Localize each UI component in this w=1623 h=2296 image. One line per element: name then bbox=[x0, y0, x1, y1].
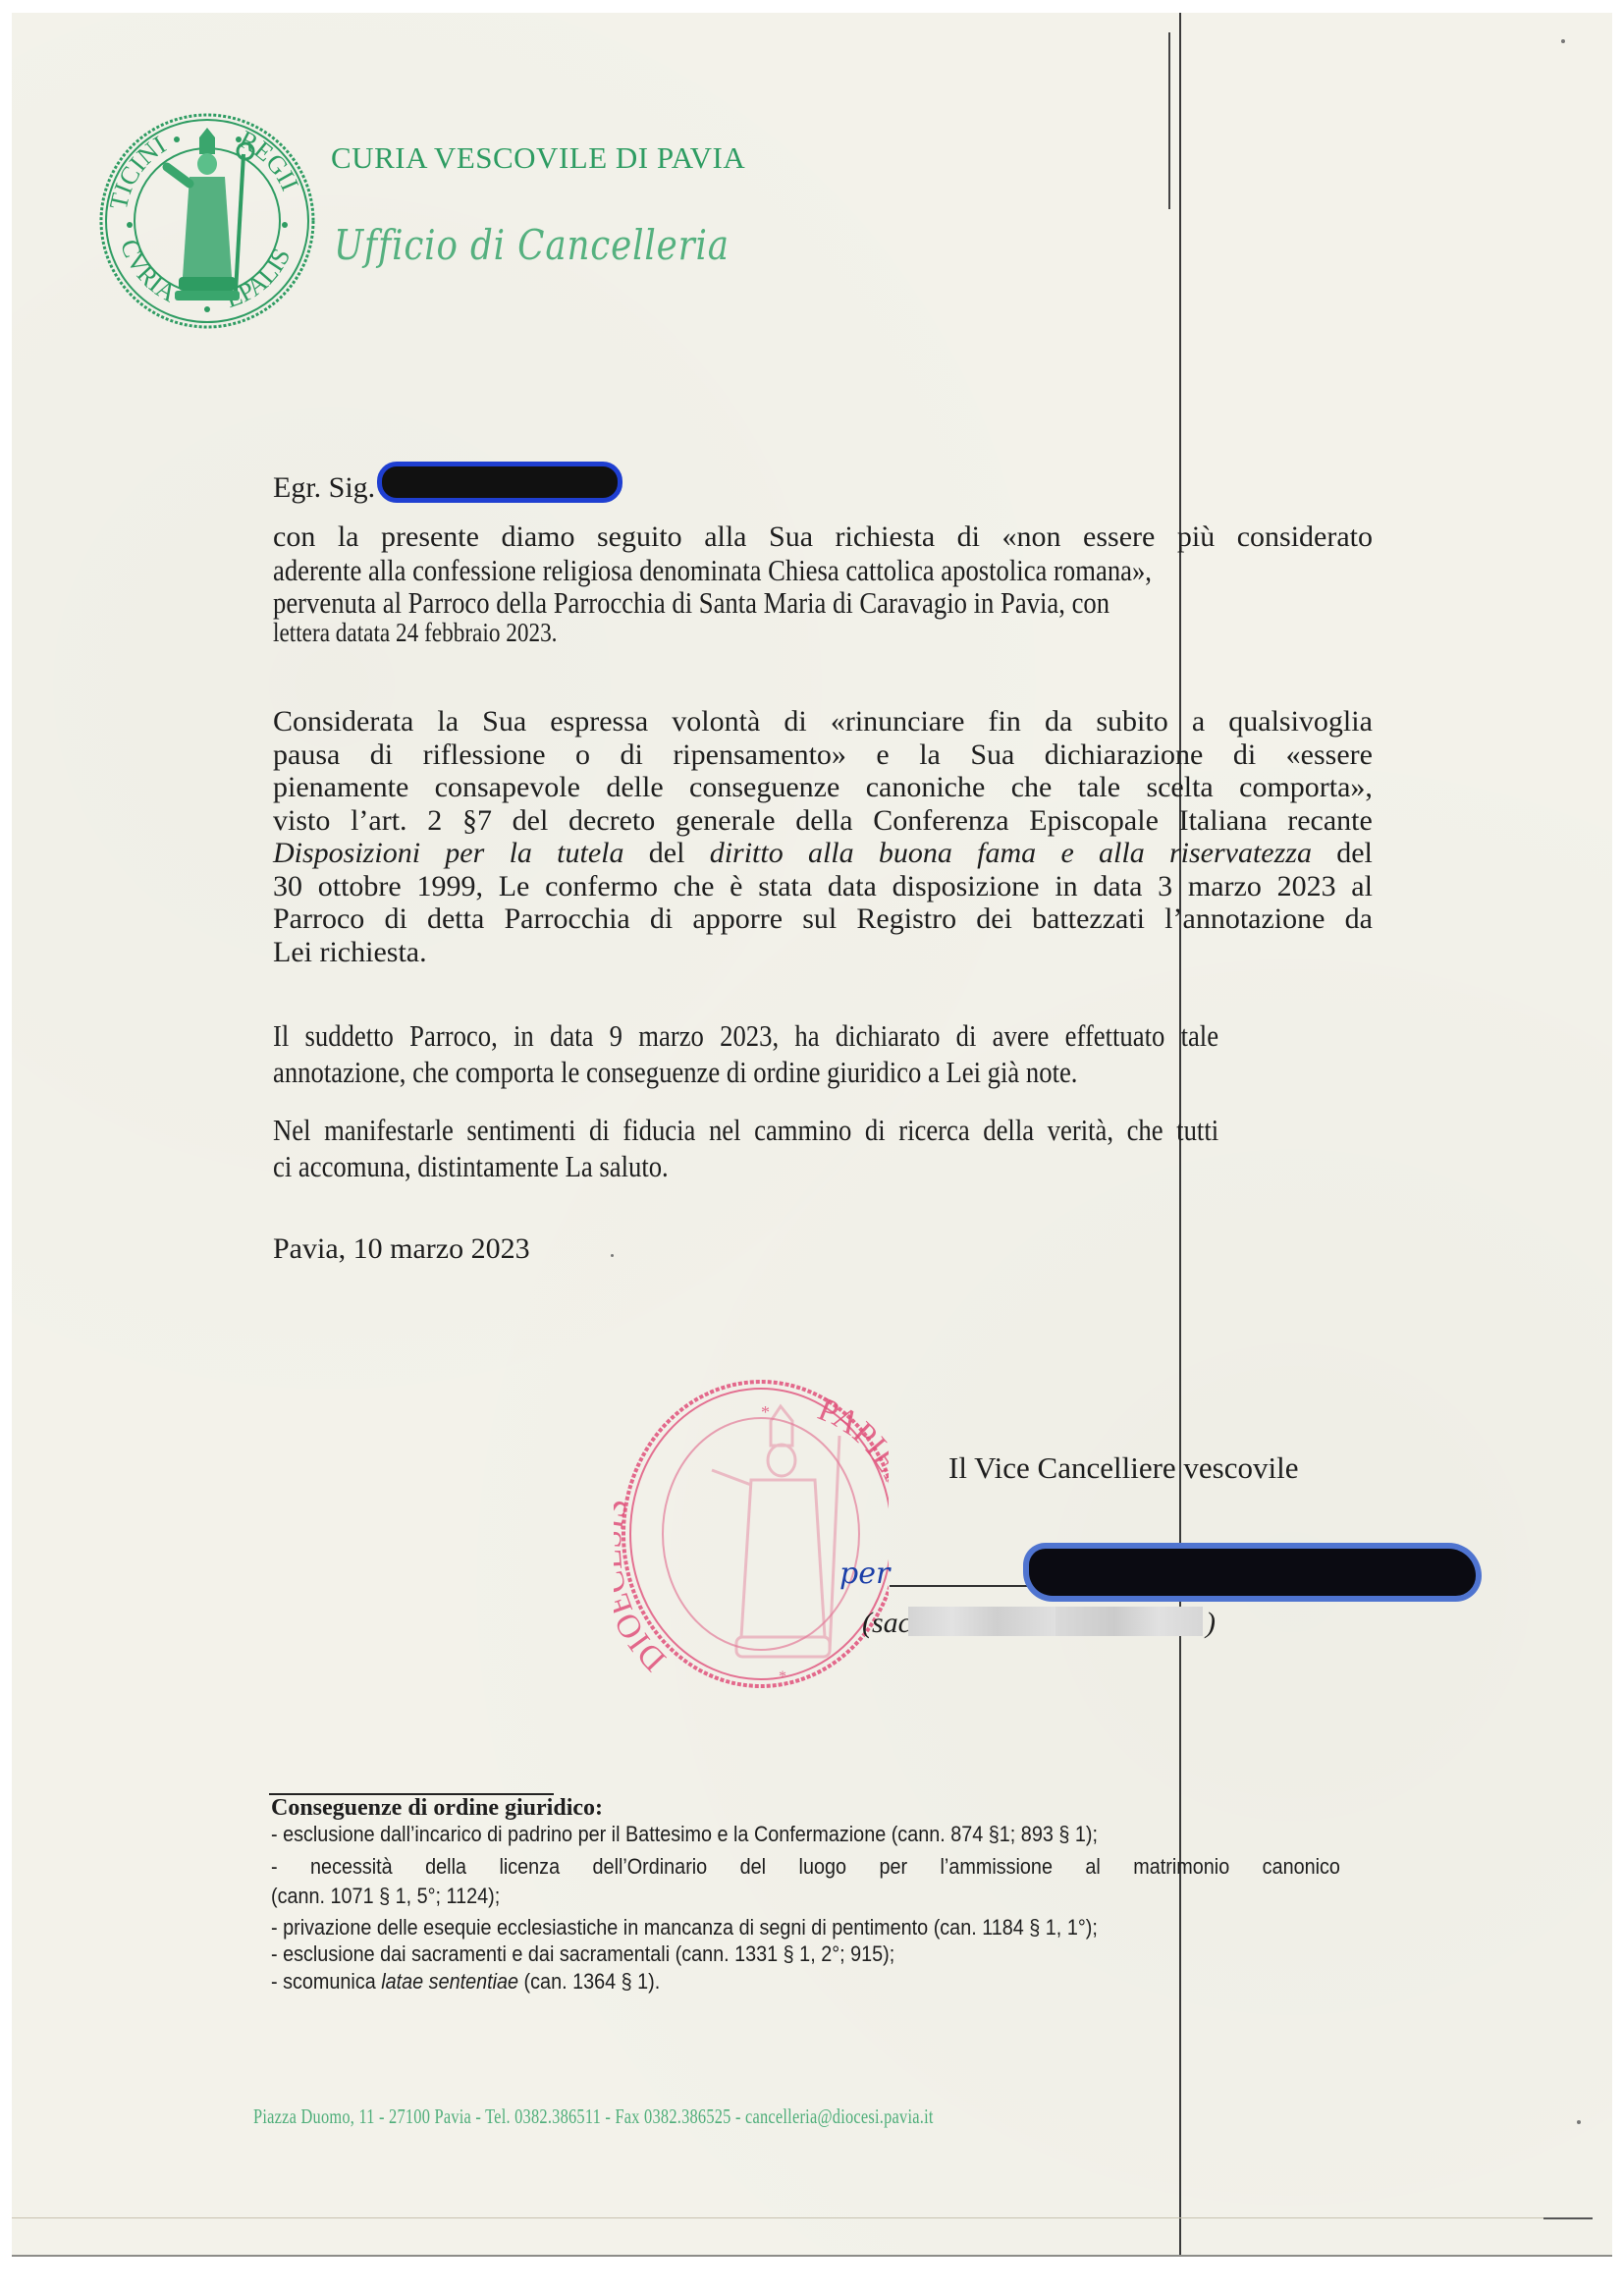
p2-line: Disposizioniperlatuteladeldirittoallabuo… bbox=[273, 837, 1373, 870]
p3-line: IlsuddettoParroco,indata9marzo2023,hadic… bbox=[273, 1018, 1218, 1054]
p2-line: pienamenteconsapevoledelleconseguenzecan… bbox=[273, 771, 1373, 804]
footnote-heading: Conseguenze di ordine giuridico: bbox=[271, 1795, 603, 1822]
svg-text:*: * bbox=[761, 1402, 770, 1422]
redacted-signatory-name-2 bbox=[1055, 1607, 1203, 1636]
salutation-prefix: Egr. Sig. bbox=[273, 471, 375, 504]
curia-seal-icon: TICINI REGII CVRIA EPALIS bbox=[96, 110, 318, 332]
redacted-signature bbox=[1029, 1549, 1476, 1596]
page-bottom-crease bbox=[12, 2217, 1593, 2218]
p4-line: Nelmanifestarlesentimentidifiducianelcam… bbox=[273, 1113, 1218, 1148]
signatory-title: Il Vice Cancelliere vescovile bbox=[948, 1450, 1299, 1486]
scan-speck bbox=[611, 1254, 614, 1257]
p2-line: pausadiriflessioneodiripensamento»elaSua… bbox=[273, 738, 1373, 772]
p1-line: lettera datata 24 febbraio 2023. bbox=[273, 618, 557, 648]
p2-line: Lei richiesta. bbox=[273, 936, 427, 969]
p2-line: ConsideratalaSuaespressavolontàdi«rinunc… bbox=[273, 705, 1373, 738]
p1-line: pervenuta al Parroco della Parrocchia di… bbox=[273, 585, 1109, 621]
p2-line: ParrocodidettaParrocchiadiapporresulRegi… bbox=[273, 902, 1373, 936]
redacted-signatory-name bbox=[908, 1607, 1055, 1636]
footnote-item: - privazione delle esequie ecclesiastich… bbox=[271, 1915, 1098, 1941]
svg-text:*: * bbox=[779, 1668, 786, 1685]
p1-line: conlapresentediamoseguitoallaSuarichiest… bbox=[273, 520, 1373, 554]
place-date: Pavia, 10 marzo 2023 bbox=[273, 1232, 530, 1266]
scan-fold-line-short bbox=[1168, 32, 1170, 209]
letterhead-footer: Piazza Duomo, 11 - 27100 Pavia - Tel. 03… bbox=[253, 2105, 934, 2129]
scan-speck bbox=[1577, 2120, 1581, 2124]
footnote-item: - scomunica latae sententiae (can. 1364 … bbox=[271, 1969, 660, 1995]
scan-speck bbox=[1561, 39, 1565, 43]
p4-line: ci accomuna, distintamente La saluto. bbox=[273, 1149, 669, 1184]
signatory-name-suffix: ) bbox=[1206, 1607, 1216, 1640]
p2-line: 30ottobre1999,Leconfermocheèstatadatadis… bbox=[273, 870, 1373, 903]
redacted-recipient-name bbox=[377, 462, 622, 503]
footnote-item: (cann. 1071 § 1, 5°; 1124); bbox=[271, 1884, 500, 1909]
letterhead-subtitle: Ufficio di Cancelleria bbox=[334, 221, 730, 269]
p1-line: aderente alla confessione religiosa deno… bbox=[273, 553, 1152, 588]
p3-line: annotazione, che comporta le conseguenze… bbox=[273, 1055, 1077, 1090]
footnote-item: - esclusione dall’incarico di padrino pe… bbox=[271, 1822, 1098, 1847]
signature-scrawl: per bbox=[839, 1557, 890, 1591]
letterhead-title: CURIA VESCOVILE DI PAVIA bbox=[331, 140, 745, 176]
p2-line: vistol’art.2§7deldecretogeneraledellaCon… bbox=[273, 804, 1373, 838]
footnote-item: -necessitàdellalicenzadell’Ordinariodell… bbox=[271, 1854, 1340, 1880]
page-bottom-mark bbox=[1543, 2217, 1593, 2219]
svg-text:PAPIENSIS: PAPIENSIS bbox=[813, 1391, 889, 1544]
footnote-item: - esclusione dai sacramenti e dai sacram… bbox=[271, 1941, 894, 1967]
svg-text:CVRIA: CVRIA bbox=[115, 236, 182, 308]
diocese-stamp-icon: DIOECESIS PAPIENSIS * * bbox=[614, 1377, 889, 1691]
salutation: Egr. Sig. bbox=[273, 462, 622, 505]
